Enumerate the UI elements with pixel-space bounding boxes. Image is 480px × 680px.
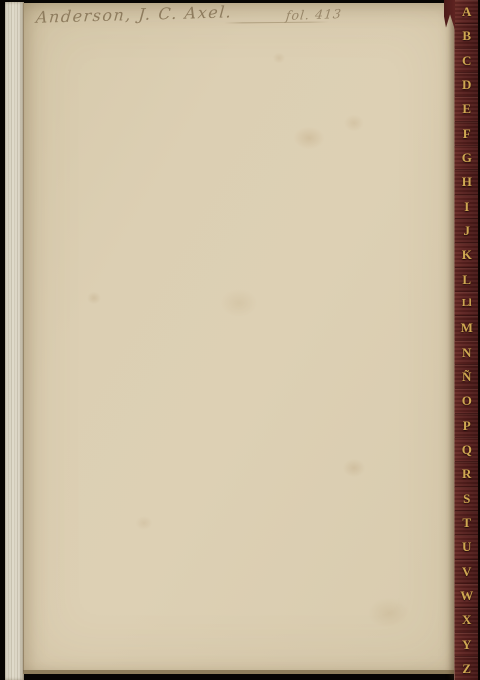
index-tab-d[interactable]: D: [455, 72, 478, 96]
handwritten-name: Anderson, J. C. Axel.: [35, 2, 233, 27]
tab-letter: P: [463, 419, 470, 432]
index-tab-r[interactable]: R: [455, 461, 478, 485]
tab-letter: D: [462, 78, 471, 91]
tab-letter: W: [460, 589, 473, 602]
index-tab-z[interactable]: Z: [455, 656, 478, 680]
tab-letter: G: [462, 151, 472, 164]
scanned-ledger-scene: Anderson, J. C. Axel. fol. 413 ABCDEFGHI…: [0, 0, 480, 680]
index-tab-a[interactable]: A: [455, 0, 478, 23]
tab-letter: Ll: [462, 298, 471, 309]
tab-letter: S: [463, 492, 470, 505]
tab-letter: Y: [462, 638, 471, 651]
tab-list: ABCDEFGHIJKLLlMNÑOPQRSTUVWXYZ: [455, 0, 478, 680]
tab-letter: K: [462, 248, 472, 261]
tab-letter: X: [462, 613, 471, 626]
paper-stains: [24, 3, 454, 670]
tab-letter: J: [464, 224, 470, 237]
index-tab-ñ[interactable]: Ñ: [455, 364, 478, 388]
index-tab-y[interactable]: Y: [455, 632, 478, 656]
tab-letter: F: [463, 127, 470, 140]
index-tab-q[interactable]: Q: [455, 437, 478, 461]
index-tab-c[interactable]: C: [455, 48, 478, 72]
ledger-index-page: Anderson, J. C. Axel. fol. 413: [23, 3, 454, 674]
index-tab-m[interactable]: M: [455, 315, 478, 339]
tab-letter: Z: [462, 662, 470, 675]
index-tab-s[interactable]: S: [455, 486, 478, 510]
tab-letter: A: [462, 5, 471, 18]
index-tab-v[interactable]: V: [455, 559, 478, 583]
folio-number: fol. 413: [285, 6, 343, 23]
index-tab-i[interactable]: I: [455, 194, 478, 218]
tab-letter: U: [462, 540, 471, 553]
tab-letter: L: [462, 273, 470, 286]
tab-letter: C: [462, 54, 471, 67]
tab-letter: V: [462, 565, 471, 578]
page-header: Anderson, J. C. Axel. fol. 413: [24, 3, 454, 37]
index-tab-u[interactable]: U: [455, 534, 478, 558]
book-page-edges: [5, 2, 24, 680]
tab-letter: Ñ: [462, 370, 471, 383]
index-tab-l[interactable]: L: [455, 267, 478, 291]
index-tab-f[interactable]: F: [455, 121, 478, 145]
tab-letter: Q: [462, 443, 472, 456]
index-tab-b[interactable]: B: [455, 23, 478, 47]
index-tab-x[interactable]: X: [455, 607, 478, 631]
index-tab-o[interactable]: O: [455, 388, 478, 412]
tab-letter: H: [462, 175, 472, 188]
tab-letter: E: [462, 102, 470, 115]
index-tab-g[interactable]: G: [455, 145, 478, 169]
index-tab-j[interactable]: J: [455, 218, 478, 242]
index-tab-e[interactable]: E: [455, 96, 478, 120]
tab-letter: R: [462, 467, 471, 480]
index-tab-ll[interactable]: Ll: [455, 291, 478, 315]
tab-letter: T: [462, 516, 470, 529]
index-tab-p[interactable]: P: [455, 413, 478, 437]
index-tab-n[interactable]: N: [455, 340, 478, 364]
tab-letter: I: [464, 200, 469, 213]
index-tab-h[interactable]: H: [455, 169, 478, 193]
index-tab-w[interactable]: W: [455, 583, 478, 607]
tab-letter: B: [462, 29, 470, 42]
index-tab-k[interactable]: K: [455, 242, 478, 266]
tab-letter: M: [461, 321, 473, 334]
tab-letter: N: [462, 346, 471, 359]
alphabet-tab-strip: ABCDEFGHIJKLLlMNÑOPQRSTUVWXYZ: [454, 0, 478, 680]
tab-letter: O: [462, 394, 472, 407]
index-tab-t[interactable]: T: [455, 510, 478, 534]
